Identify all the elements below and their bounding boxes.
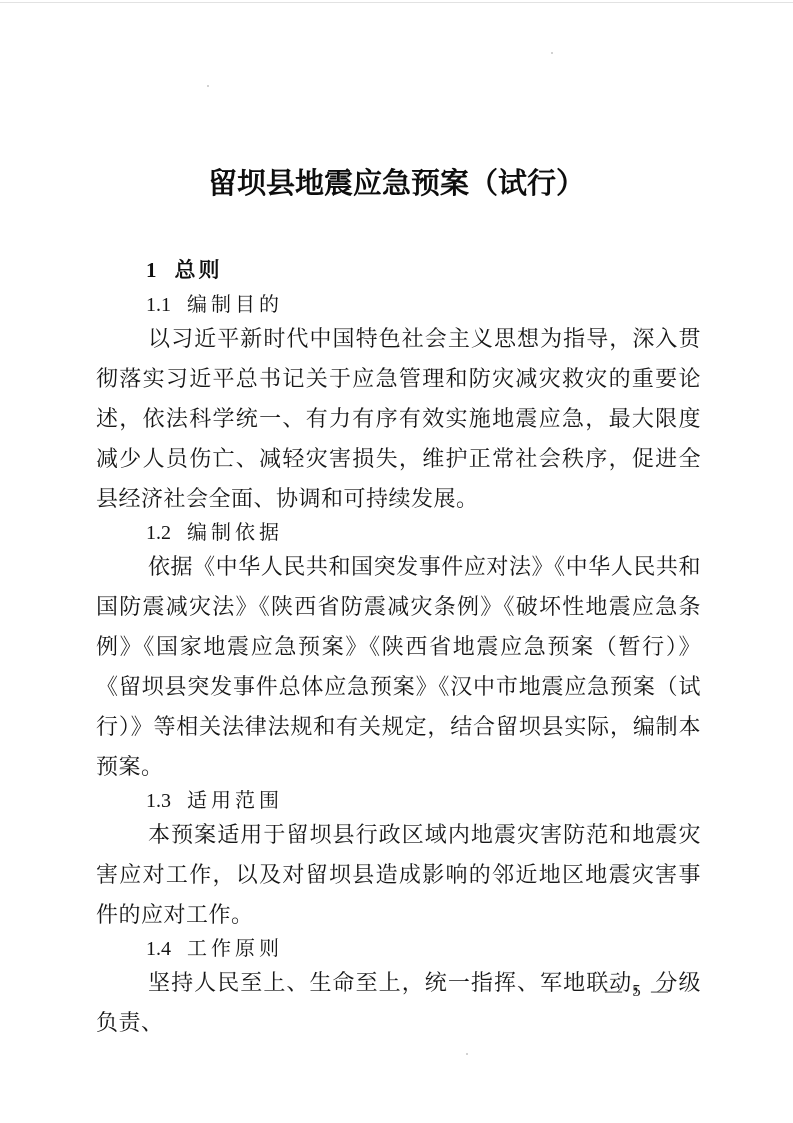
chapter-number: 1 <box>146 258 157 282</box>
section-number: 1.2 <box>146 522 171 544</box>
section-heading: 1.1编制目的 <box>96 291 701 319</box>
section-heading: 1.4工作原则 <box>96 935 701 963</box>
section-title: 适用范围 <box>187 790 283 812</box>
scan-artifact-top-edge <box>0 2 793 3</box>
chapter-title: 总则 <box>175 259 223 282</box>
section-1-3: 1.3适用范围 本预案适用于留坝县行政区域内地震灾害防范和地震灾害应对工作，以及… <box>96 787 701 935</box>
chapter-heading: 1总则 <box>96 255 701 286</box>
section-title: 工作原则 <box>187 938 283 960</box>
section-1-1: 1.1编制目的 以习近平新时代中国特色社会主义思想为指导，深入贯彻落实习近平总书… <box>96 291 701 519</box>
section-heading: 1.3适用范围 <box>96 787 701 815</box>
section-paragraph: 坚持人民至上、生命至上，统一指挥、军地联动，分级负责、 <box>96 963 701 1043</box>
section-number: 1.3 <box>146 790 171 812</box>
section-paragraph: 依据《中华人民共和国突发事件应对法》《中华人民共和国防震减灾法》《陕西省防震减灾… <box>96 547 701 787</box>
section-title: 编制目的 <box>187 294 283 316</box>
scanned-document-page: 留坝县地震应急预案（试行） 1总则 1.1编制目的 以习近平新时代中国特色社会主… <box>0 0 793 1123</box>
section-heading: 1.2编制依据 <box>96 519 701 547</box>
scan-speck <box>466 1053 468 1055</box>
section-paragraph: 以习近平新时代中国特色社会主义思想为指导，深入贯彻落实习近平总书记关于应急管理和… <box>96 319 701 519</box>
section-title: 编制依据 <box>187 522 283 544</box>
document-title: 留坝县地震应急预案（试行） <box>0 163 793 205</box>
document-body: 1总则 1.1编制目的 以习近平新时代中国特色社会主义思想为指导，深入贯彻落实习… <box>96 255 701 1043</box>
section-paragraph: 本预案适用于留坝县行政区域内地震灾害防范和地震灾害应对工作，以及对留坝县造成影响… <box>96 815 701 935</box>
section-number: 1.4 <box>146 938 171 960</box>
scan-speck <box>207 85 209 87</box>
page-number: — 5 — <box>605 981 671 1001</box>
scan-speck <box>551 52 553 54</box>
section-1-2: 1.2编制依据 依据《中华人民共和国突发事件应对法》《中华人民共和国防震减灾法》… <box>96 519 701 787</box>
section-number: 1.1 <box>146 294 171 316</box>
